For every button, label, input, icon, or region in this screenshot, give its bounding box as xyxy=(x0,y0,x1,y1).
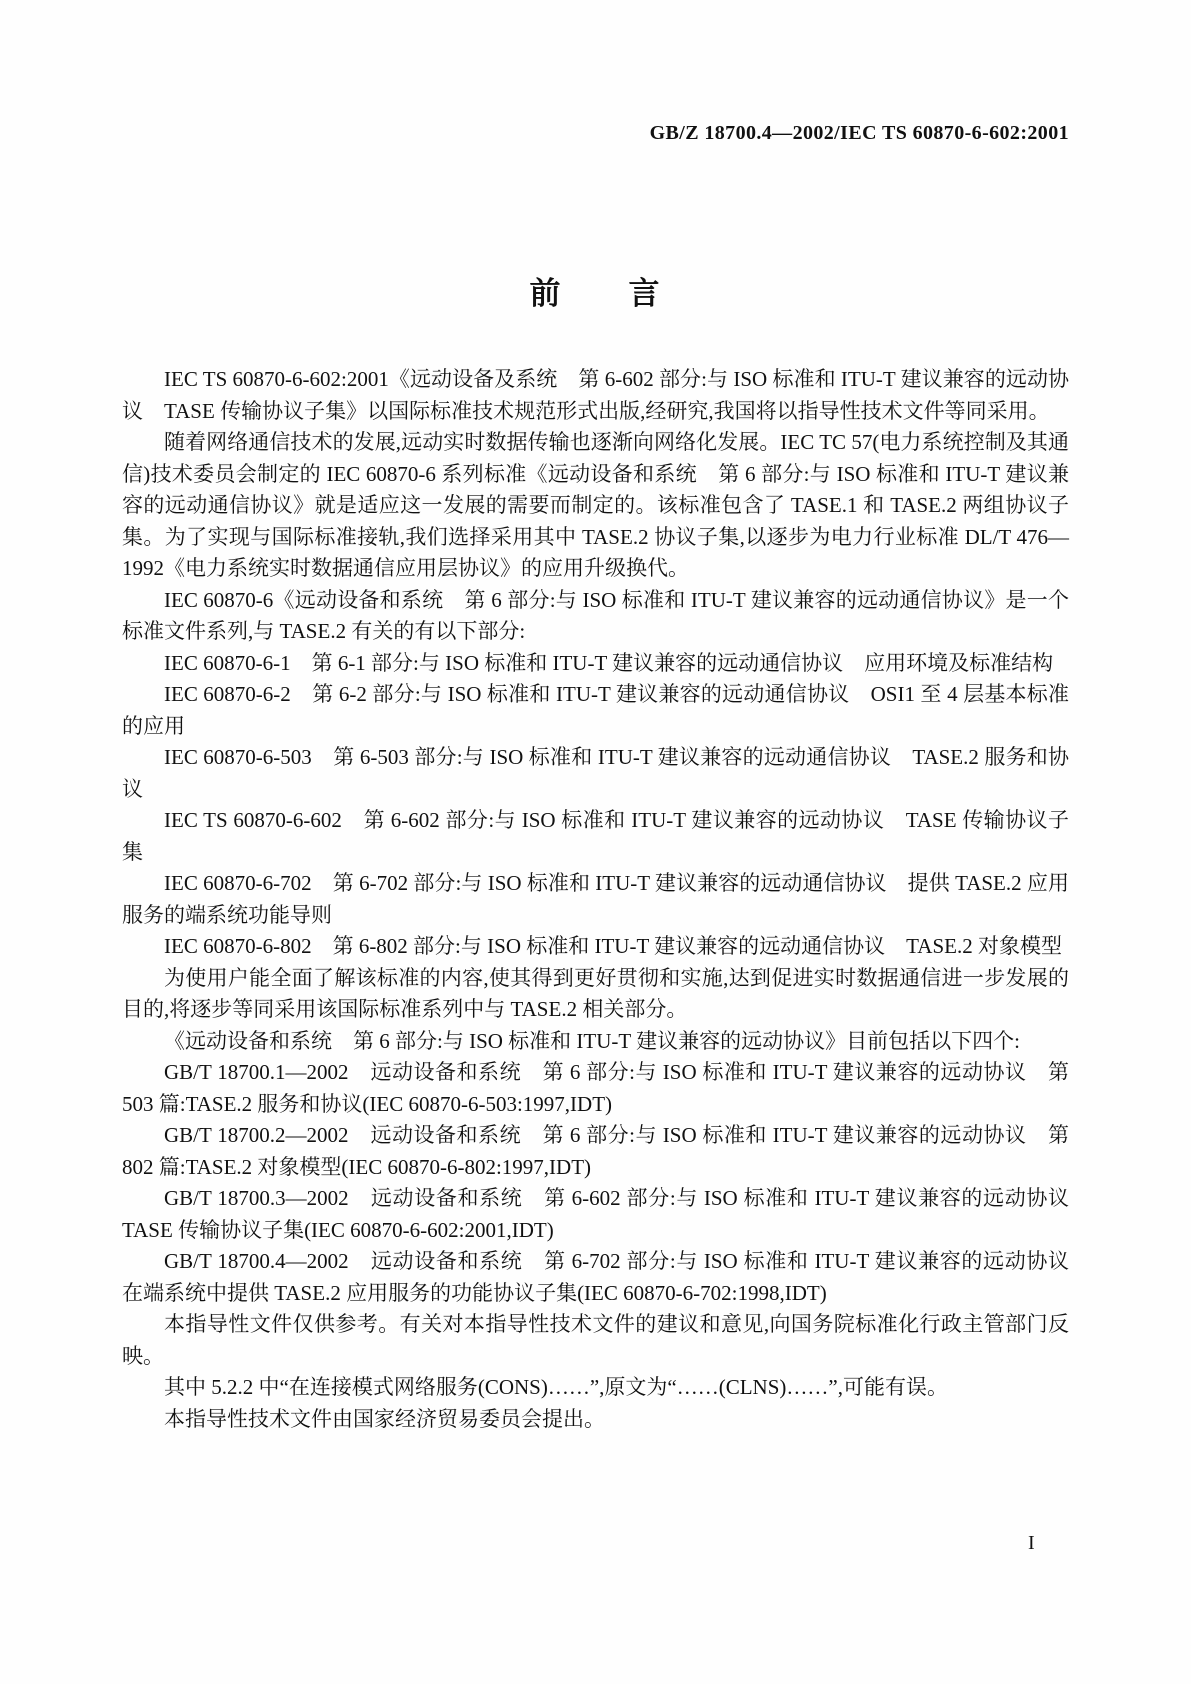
paragraph-gb-series-intro: 《远动设备和系统 第 6 部分:与 ISO 标准和 ITU-T 建议兼容的远动协… xyxy=(122,1026,1069,1058)
paragraph-issuer: 本指导性技术文件由国家经济贸易委员会提出。 xyxy=(122,1404,1069,1436)
document-page: GB/Z 18700.4—2002/IEC TS 60870-6-602:200… xyxy=(0,0,1191,1684)
paragraph-reference-note: 本指导性文件仅供参考。有关对本指导性技术文件的建议和意见,向国务院标准化行政主管… xyxy=(122,1309,1069,1372)
list-item-iec-60870-6-1: IEC 60870-6-1 第 6-1 部分:与 ISO 标准和 ITU-T 建… xyxy=(122,648,1069,680)
list-item-iec-60870-6-503: IEC 60870-6-503 第 6-503 部分:与 ISO 标准和 ITU… xyxy=(122,742,1069,805)
list-item-iec-60870-6-702: IEC 60870-6-702 第 6-702 部分:与 ISO 标准和 ITU… xyxy=(122,868,1069,931)
document-standard-code-header: GB/Z 18700.4—2002/IEC TS 60870-6-602:200… xyxy=(122,122,1069,145)
list-item-gbt-18700-2: GB/T 18700.2—2002 远动设备和系统 第 6 部分:与 ISO 标… xyxy=(122,1120,1069,1183)
document-body: IEC TS 60870-6-602:2001《远动设备及系统 第 6-602 … xyxy=(122,364,1069,1435)
paragraph-purpose: 为使用户能全面了解该标准的内容,使其得到更好贯彻和实施,达到促进实时数据通信进一… xyxy=(122,963,1069,1026)
paragraph-errata-note: 其中 5.2.2 中“在连接模式网络服务(CONS)……”,原文为“……(CLN… xyxy=(122,1372,1069,1404)
page-title: 前 言 xyxy=(0,268,1191,313)
list-item-gbt-18700-3: GB/T 18700.3—2002 远动设备和系统 第 6-602 部分:与 I… xyxy=(122,1183,1069,1246)
list-item-iec-ts-60870-6-602: IEC TS 60870-6-602 第 6-602 部分:与 ISO 标准和 … xyxy=(122,805,1069,868)
paragraph-background: 随着网络通信技术的发展,远动实时数据传输也逐渐向网络化发展。IEC TC 57(… xyxy=(122,427,1069,585)
list-item-gbt-18700-4: GB/T 18700.4—2002 远动设备和系统 第 6-702 部分:与 I… xyxy=(122,1246,1069,1309)
list-item-iec-60870-6-802: IEC 60870-6-802 第 6-802 部分:与 ISO 标准和 ITU… xyxy=(122,931,1069,963)
list-item-iec-60870-6-2: IEC 60870-6-2 第 6-2 部分:与 ISO 标准和 ITU-T 建… xyxy=(122,679,1069,742)
page-number: I xyxy=(1028,1532,1035,1555)
list-item-gbt-18700-1: GB/T 18700.1—2002 远动设备和系统 第 6 部分:与 ISO 标… xyxy=(122,1057,1069,1120)
paragraph-intro-adoption: IEC TS 60870-6-602:2001《远动设备及系统 第 6-602 … xyxy=(122,364,1069,427)
paragraph-series-intro: IEC 60870-6《远动设备和系统 第 6 部分:与 ISO 标准和 ITU… xyxy=(122,585,1069,648)
